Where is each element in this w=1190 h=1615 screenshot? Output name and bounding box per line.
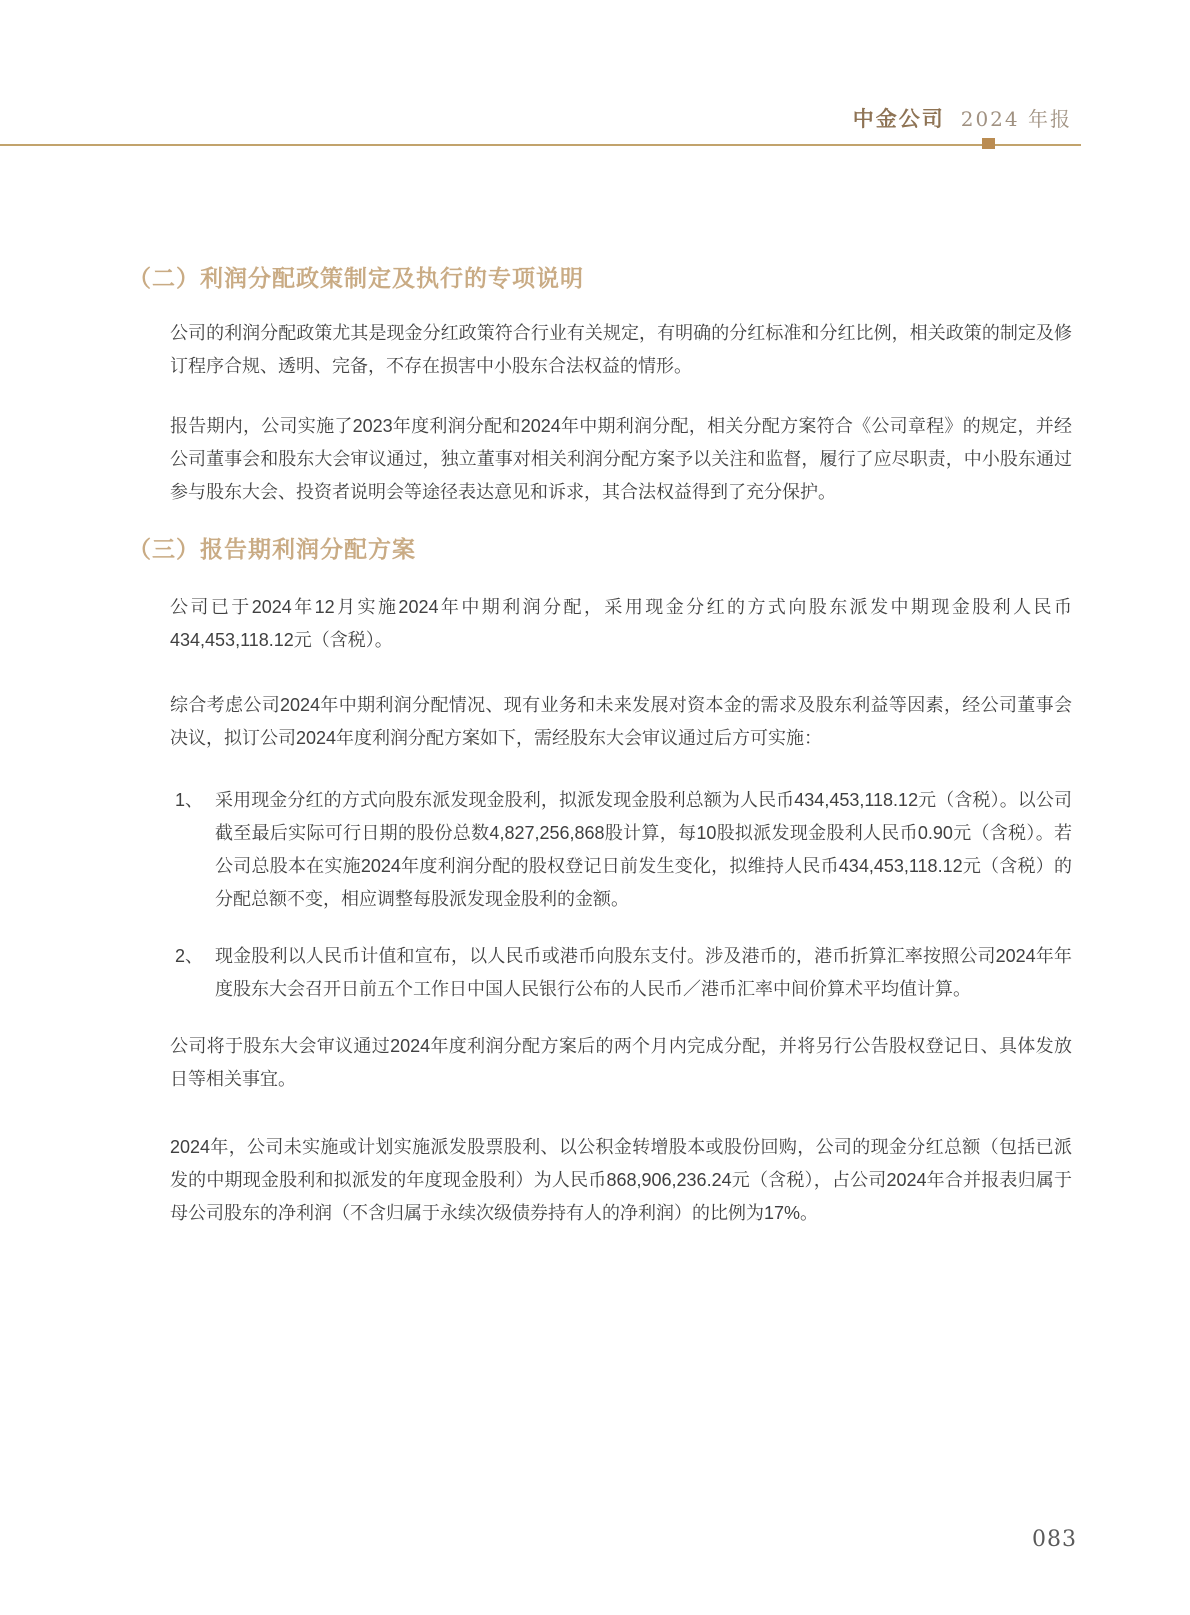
paragraph-plan-intro: 综合考虑公司2024年中期利润分配情况、现有业务和未来发展对资本金的需求及股东利… — [170, 689, 1072, 755]
list-item-text-currency: 现金股利以人民币计值和宣布，以人民币或港币向股东支付。涉及港币的，港币折算汇率按… — [215, 940, 1072, 1006]
distribution-plan-list: 1、 采用现金分红的方式向股东派发现金股利，拟派发现金股利总额为人民币434,4… — [175, 784, 1072, 1006]
list-item: 2、 现金股利以人民币计值和宣布，以人民币或港币向股东支付。涉及港币的，港币折算… — [175, 940, 1072, 1006]
list-item-marker: 1、 — [175, 784, 215, 916]
list-item-text-cash-dividend: 采用现金分红的方式向股东派发现金股利，拟派发现金股利总额为人民币434,453,… — [215, 784, 1072, 916]
paragraph-interim-dividend: 公司已于2024年12月实施2024年中期利润分配，采用现金分红的方式向股东派发… — [170, 591, 1072, 657]
page-number: 083 — [1032, 1527, 1077, 1552]
document-content: （二）利润分配政策制定及执行的专项说明 公司的利润分配政策尤其是现金分红政策符合… — [0, 0, 1190, 1230]
paragraph-total-dividend-ratio: 2024年，公司未实施或计划实施派发股票股利、以公积金转增股本或股份回购，公司的… — [170, 1131, 1072, 1230]
paragraph-policy-compliance: 公司的利润分配政策尤其是现金分红政策符合行业有关规定，有明确的分红标准和分红比例… — [170, 317, 1072, 383]
section-heading-distribution-plan: （三）报告期利润分配方案 — [128, 533, 1072, 565]
section-heading-profit-policy: （二）利润分配政策制定及执行的专项说明 — [128, 262, 1072, 294]
list-item: 1、 采用现金分红的方式向股东派发现金股利，拟派发现金股利总额为人民币434,4… — [175, 784, 1072, 916]
paragraph-reporting-period-distribution: 报告期内，公司实施了2023年度利润分配和2024年中期利润分配，相关分配方案符… — [170, 410, 1072, 509]
list-item-marker: 2、 — [175, 940, 215, 1006]
paragraph-completion-timeline: 公司将于股东大会审议通过2024年度利润分配方案后的两个月内完成分配，并将另行公… — [170, 1030, 1072, 1096]
